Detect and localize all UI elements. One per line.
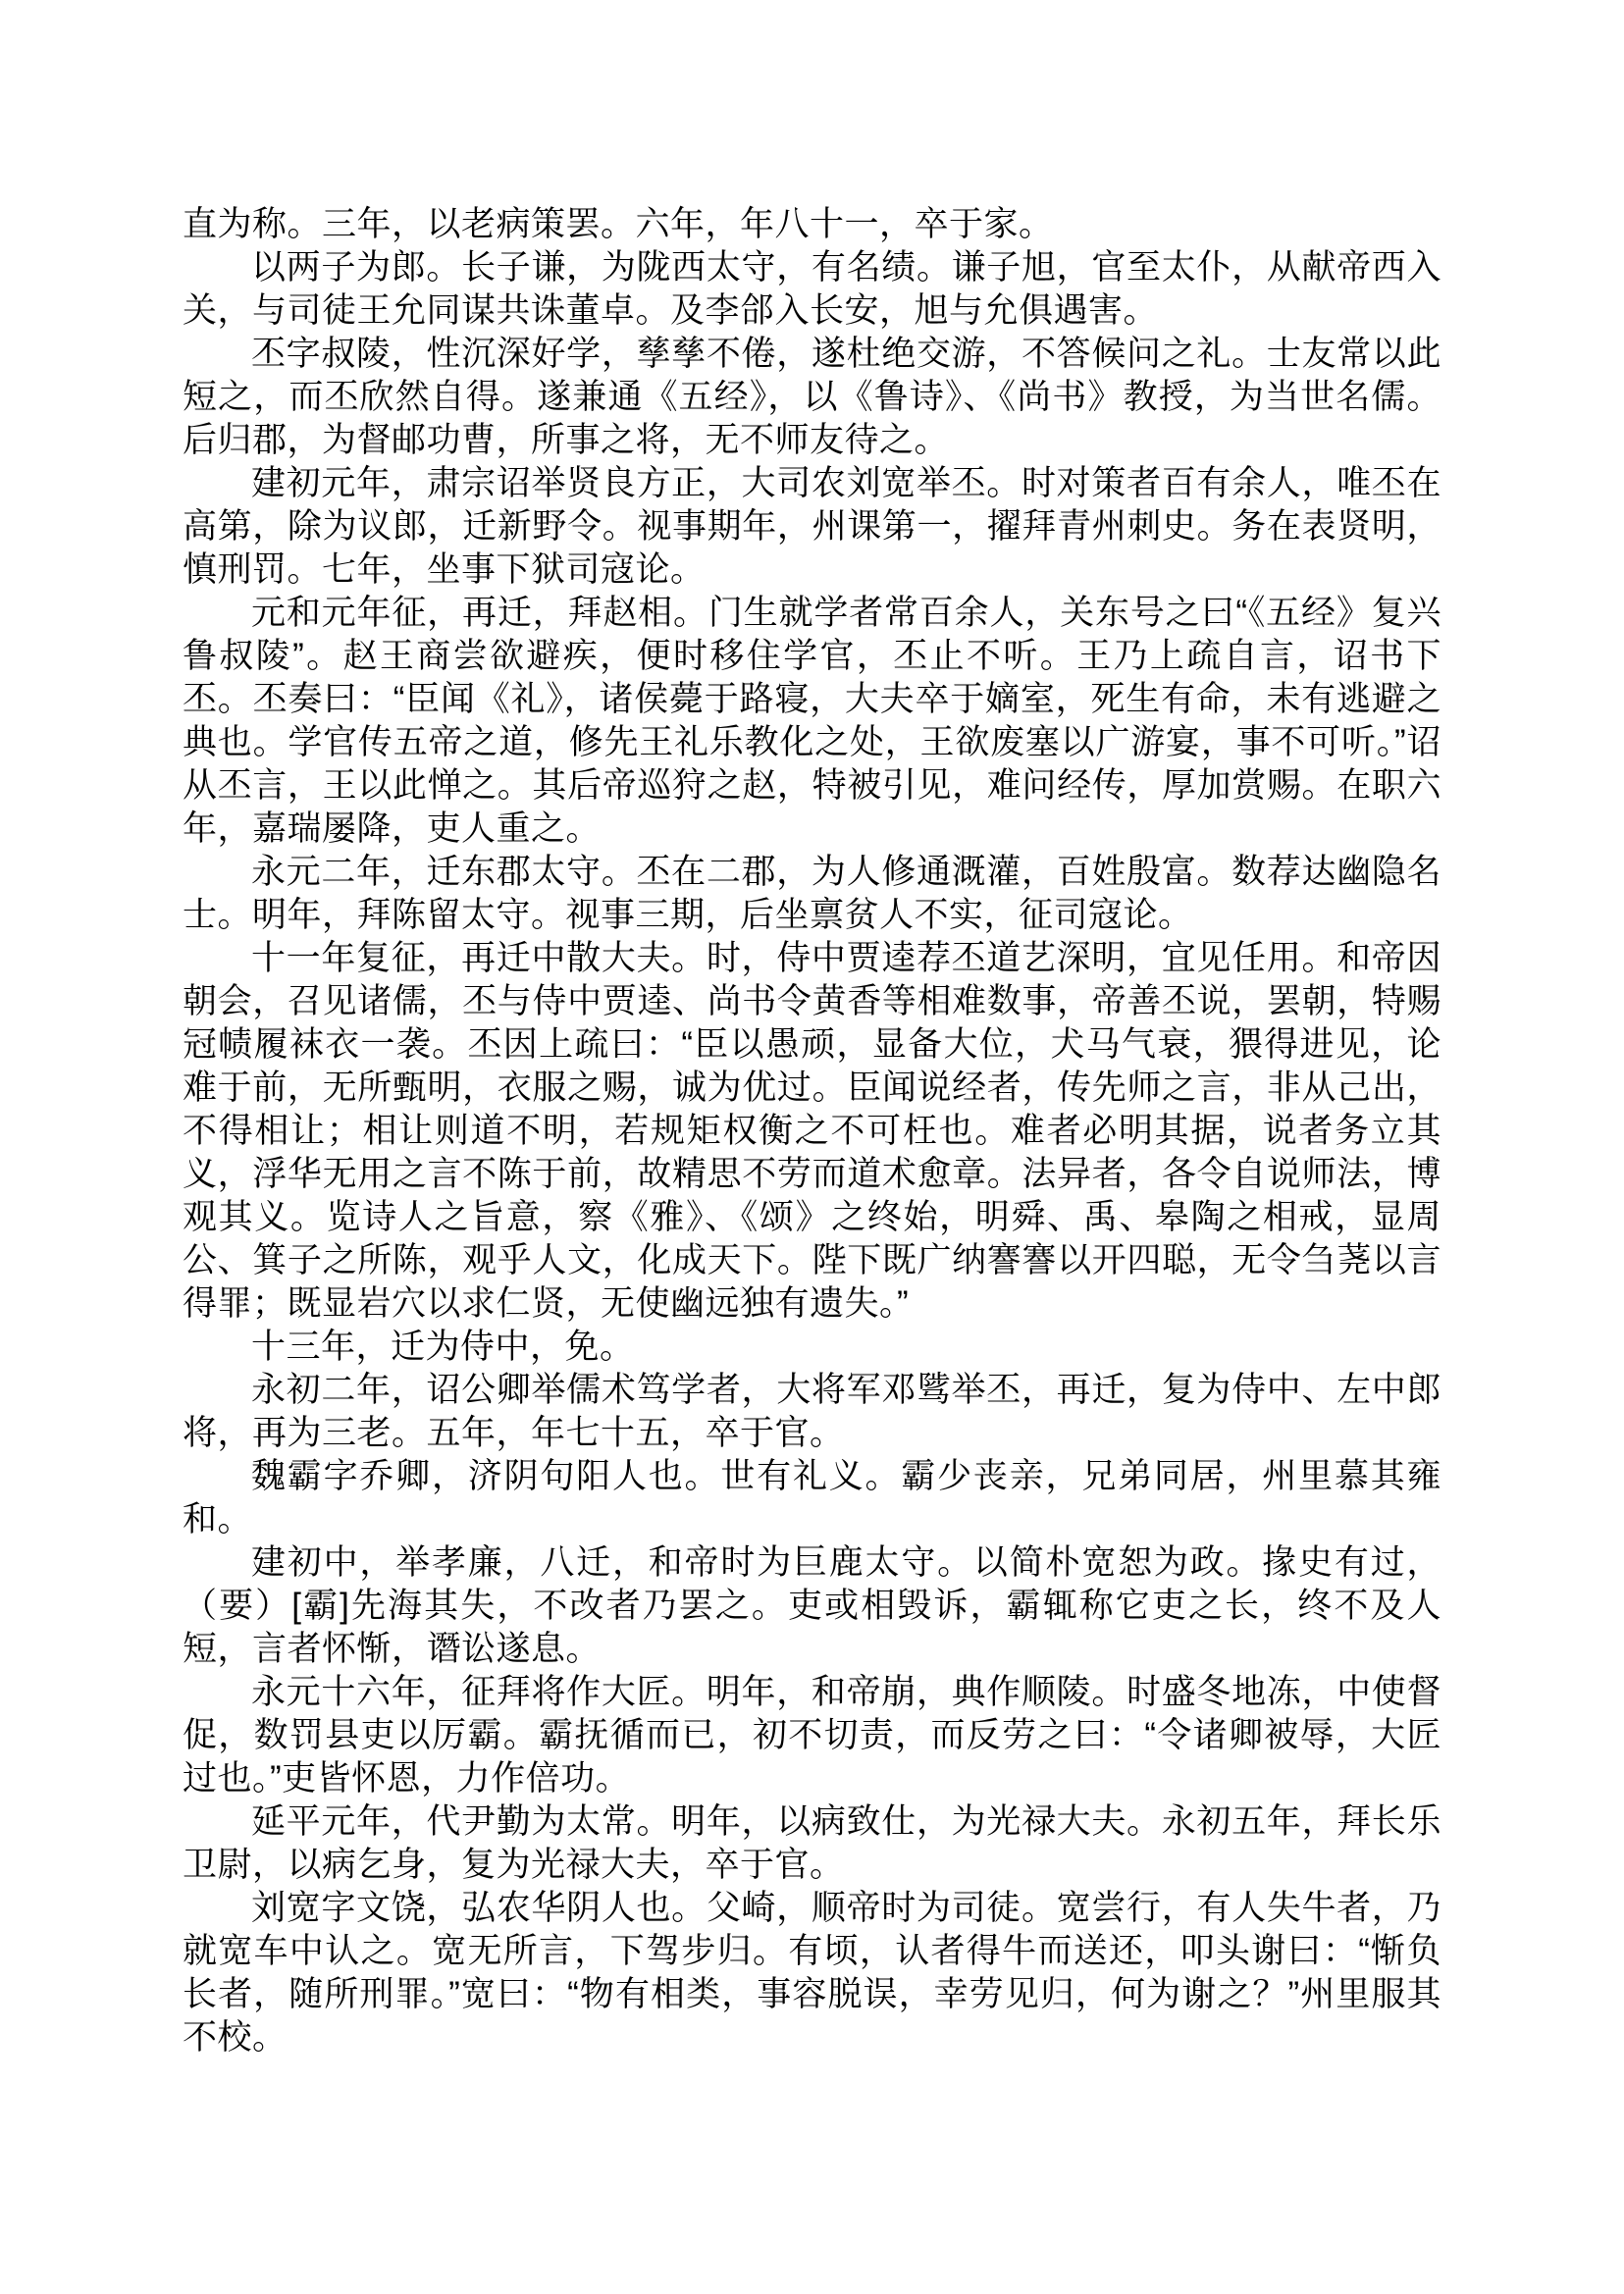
paragraph: 魏霸字乔卿，济阴句阳人也。世有礼义。霸少丧亲，兄弟同居，州里慕其雍和。 [183,1455,1441,1541]
paragraph: 建初中，举孝廉，八迁，和帝时为巨鹿太守。以简朴宽恕为政。掾史有过，（要）[霸]先… [183,1541,1441,1671]
document-text-block: 直为称。三年，以老病策罢。六年，年八十一，卒于家。以两子为郎。长子谦，为陇西太守… [183,203,1441,2059]
paragraph: 永元十六年，征拜将作大匠。明年，和帝崩，典作顺陵。时盛冬地冻，中使督促，数罚县吏… [183,1671,1441,1800]
document-page: 直为称。三年，以老病策罢。六年，年八十一，卒于家。以两子为郎。长子谦，为陇西太守… [0,0,1624,2294]
paragraph: 直为称。三年，以老病策罢。六年，年八十一，卒于家。 [183,203,1441,246]
paragraph: 以两子为郎。长子谦，为陇西太守，有名绩。谦子旭，官至太仆，从献帝西入关，与司徒王… [183,246,1441,333]
paragraph: 延平元年，代尹勤为太常。明年，以病致仕，为光禄大夫。永初五年，拜长乐卫尉，以病乞… [183,1800,1441,1887]
paragraph: 十一年复征，再迁中散大夫。时，侍中贾逵荐丕道艺深明，宜见任用。和帝因朝会，召见诸… [183,937,1441,1326]
paragraph: 十三年，迁为侍中，免。 [183,1326,1441,1369]
paragraph: 永元二年，迁东郡太守。丕在二郡，为人修通溉灌，百姓殷富。数荐达幽隐名士。明年，拜… [183,851,1441,937]
paragraph: 永初二年，诏公卿举儒术笃学者，大将军邓骘举丕，再迁，复为侍中、左中郎将，再为三老… [183,1369,1441,1455]
paragraph: 元和元年征，再迁，拜赵相。门生就学者常百余人，关东号之曰“《五经》复兴鲁叔陵”。… [183,592,1441,851]
paragraph: 丕字叔陵，性沉深好学，孳孳不倦，遂杜绝交游，不答候问之礼。士友常以此短之，而丕欣… [183,333,1441,462]
paragraph: 刘宽字文饶，弘农华阴人也。父崎，顺帝时为司徒。宽尝行，有人失牛者，乃就宽车中认之… [183,1887,1441,2059]
paragraph: 建初元年，肃宗诏举贤良方正，大司农刘宽举丕。时对策者百有余人，唯丕在高第，除为议… [183,462,1441,592]
